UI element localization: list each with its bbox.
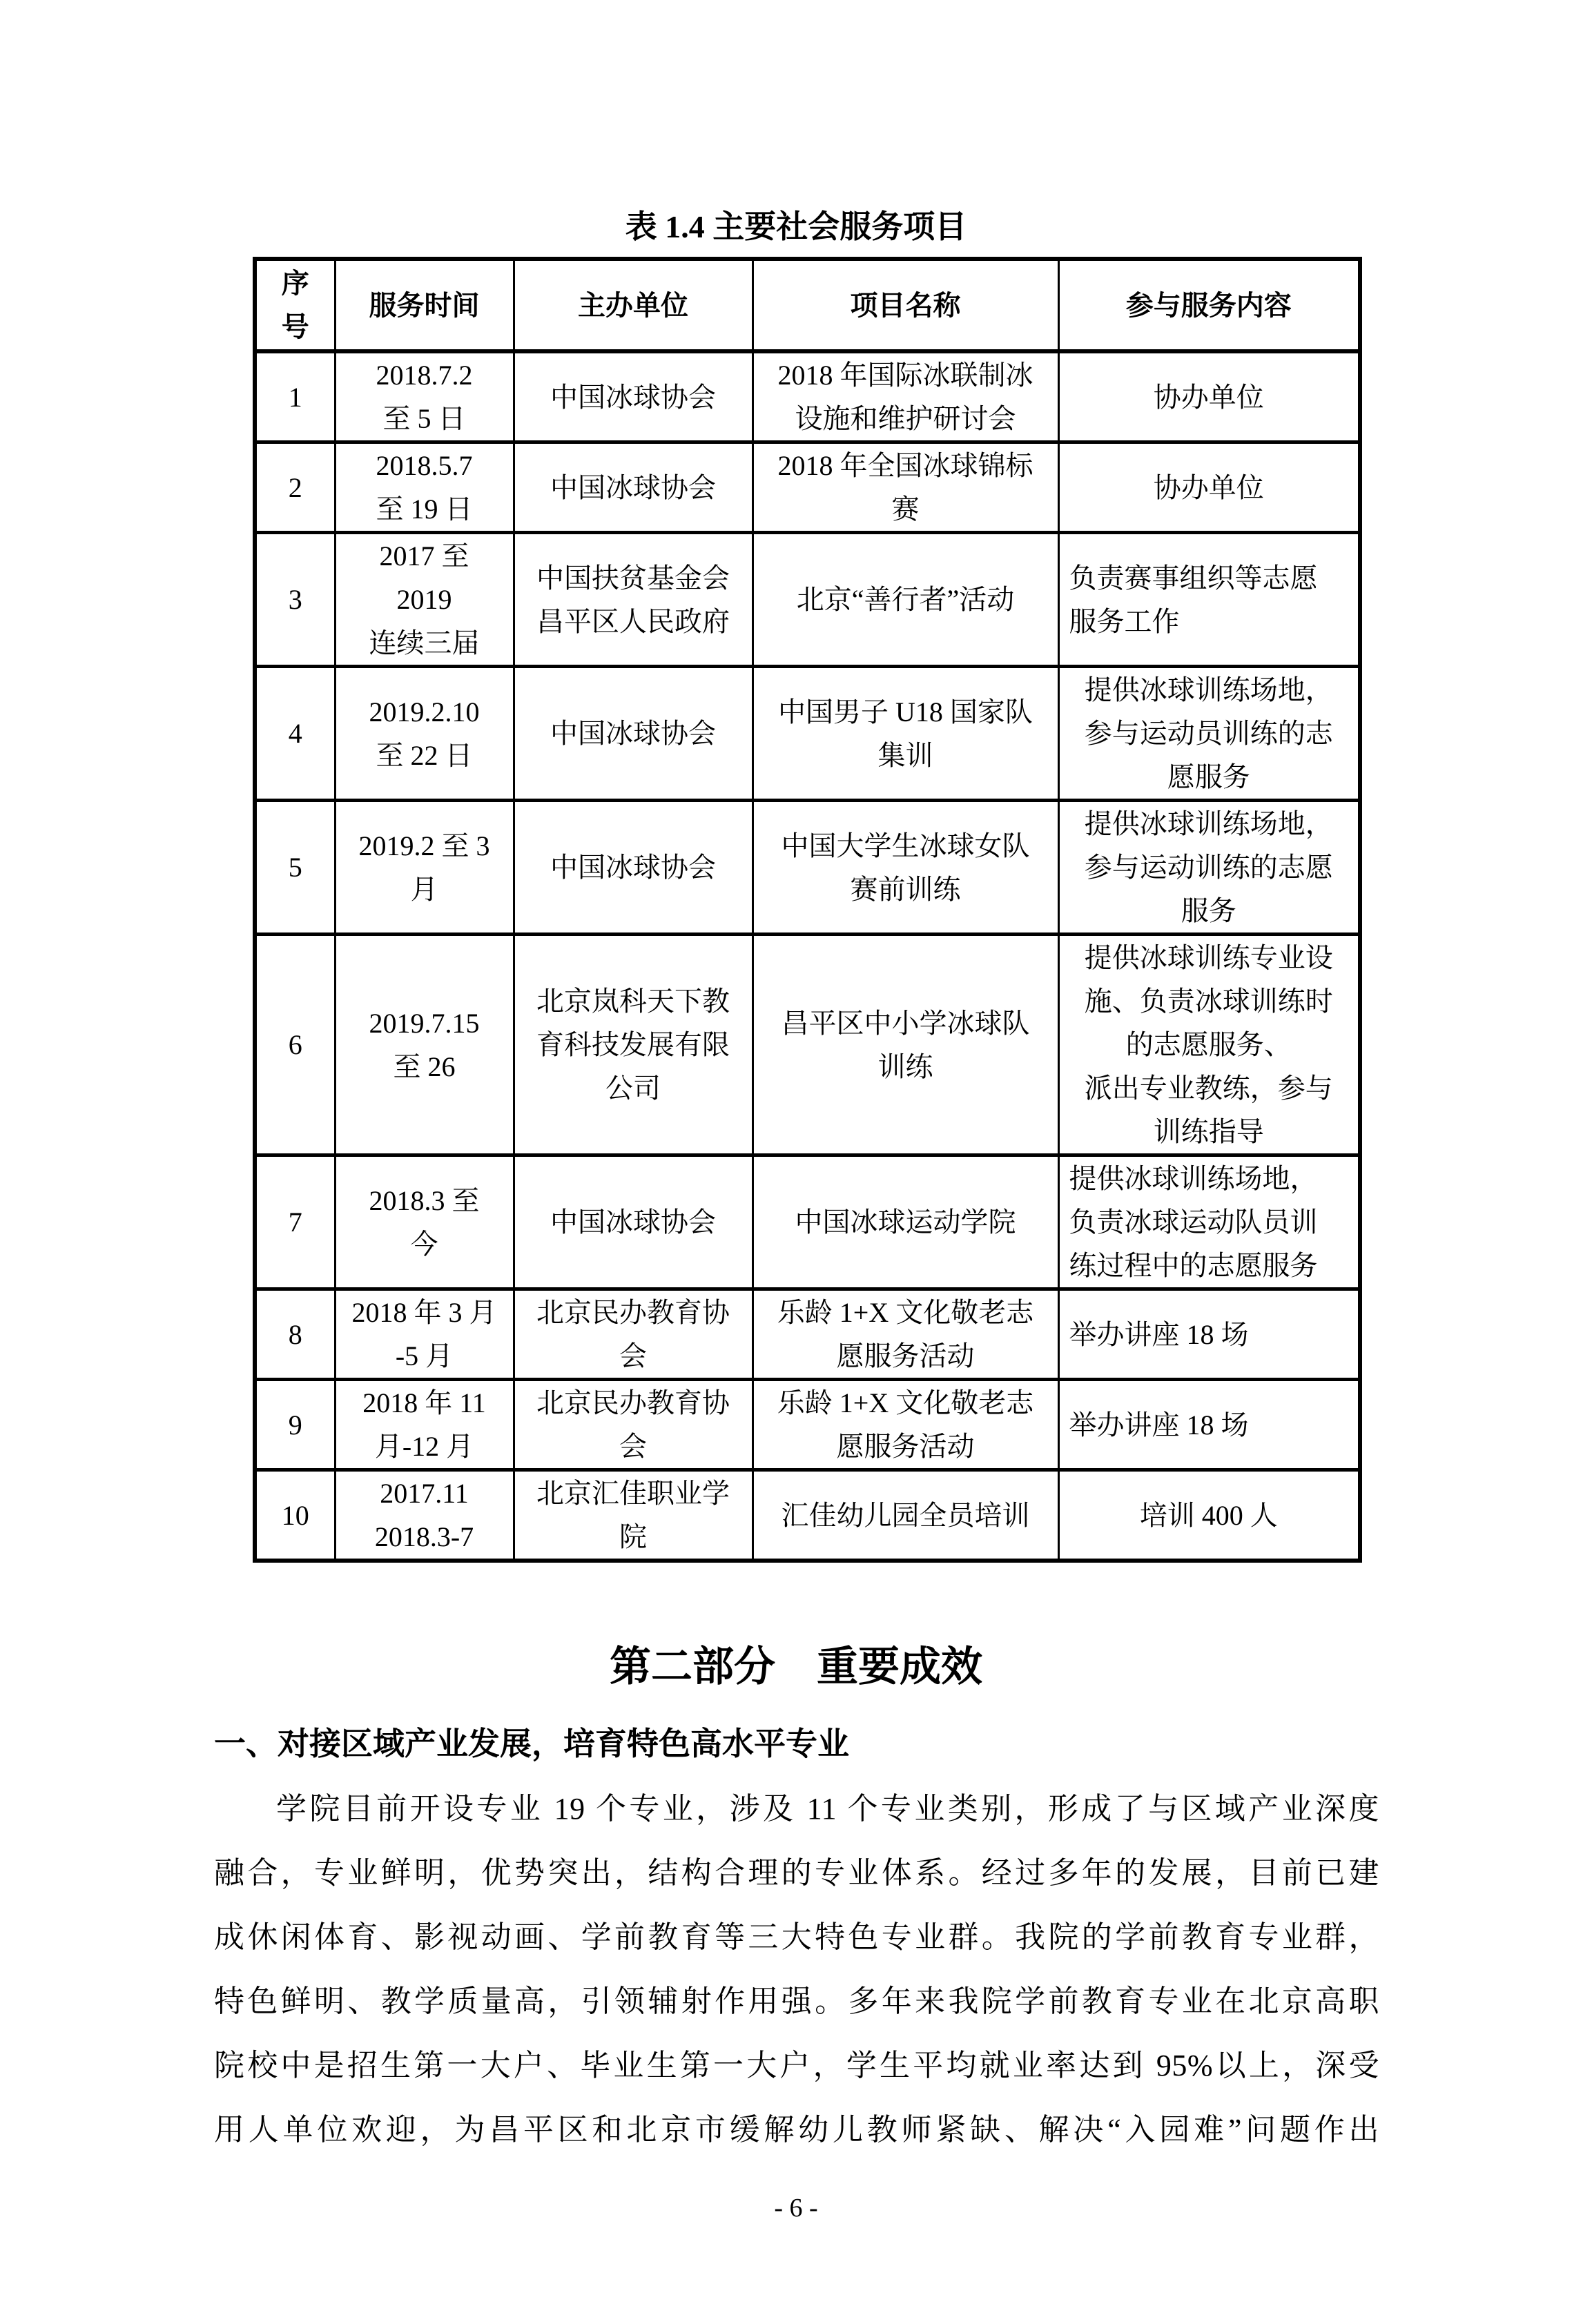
table-row: 42019.2.10 至 22 日中国冰球协会中国男子 U18 国家队 集训提供… (255, 667, 1360, 801)
cell-no: 3 (255, 533, 335, 667)
cell-content: 提供冰球训练专业设 施、负责冰球训练时 的志愿服务、 派出专业教练，参与 训练指… (1058, 935, 1360, 1155)
cell-project: 乐龄 1+X 文化敬老志 愿服务活动 (753, 1380, 1058, 1470)
cell-project: 中国男子 U18 国家队 集训 (753, 667, 1058, 801)
cell-project: 中国冰球运动学院 (753, 1155, 1058, 1289)
cell-time: 2017.11 2018.3-7 (335, 1470, 514, 1561)
cell-project: 2018 年国际冰联制冰 设施和维护研讨会 (753, 351, 1058, 442)
cell-no: 1 (255, 351, 335, 442)
cell-project: 2018 年全国冰球锦标 赛 (753, 442, 1058, 533)
paragraph-line: 特色鲜明、教学质量高，引领辅射作用强。多年来我院学前教育专业在北京高职 (214, 1969, 1379, 2033)
cell-content: 培训 400 人 (1058, 1470, 1360, 1561)
cell-time: 2018 年 3 月 -5 月 (335, 1289, 514, 1380)
cell-project: 汇佳幼儿园全员培训 (753, 1470, 1058, 1561)
paragraph-line: 院校中是招生第一大户、毕业生第一大户，学生平均就业率达到 95%以上，深受 (214, 2033, 1379, 2098)
table-title: 表 1.4 主要社会服务项目 (0, 0, 1592, 247)
table-row: 102017.11 2018.3-7北京汇佳职业学 院汇佳幼儿园全员培训培训 4… (255, 1470, 1360, 1561)
cell-org: 中国冰球协会 (514, 442, 753, 533)
cell-time: 2019.2 至 3 月 (335, 801, 514, 935)
cell-org: 北京岚科天下教 育科技发展有限 公司 (514, 935, 753, 1155)
cell-time: 2019.7.15 至 26 (335, 935, 514, 1155)
cell-org: 中国冰球协会 (514, 801, 753, 935)
table-row: 12018.7.2 至 5 日中国冰球协会2018 年国际冰联制冰 设施和维护研… (255, 351, 1360, 442)
column-header: 主办单位 (514, 259, 753, 351)
cell-content: 提供冰球训练场地， 参与运动员训练的志 愿服务 (1058, 667, 1360, 801)
cell-org: 北京民办教育协 会 (514, 1289, 753, 1380)
cell-no: 6 (255, 935, 335, 1155)
section-title: 第二部分 重要成效 (0, 1639, 1592, 1695)
column-header: 服务时间 (335, 259, 514, 351)
cell-content: 举办讲座 18 场 (1058, 1289, 1360, 1380)
document-page: 表 1.4 主要社会服务项目 序 号服务时间主办单位项目名称参与服务内容 120… (0, 0, 1592, 2324)
cell-no: 4 (255, 667, 335, 801)
column-header: 序 号 (255, 259, 335, 351)
cell-no: 2 (255, 442, 335, 533)
cell-time: 2017 至 2019 连续三届 (335, 533, 514, 667)
cell-time: 2018.5.7 至 19 日 (335, 442, 514, 533)
page-number: - 6 - (0, 2191, 1592, 2225)
paragraph-line: 融合，专业鲜明，优势突出，结构合理的专业体系。经过多年的发展，目前已建 (214, 1841, 1379, 1905)
cell-content: 提供冰球训练场地， 负责冰球运动队员训 练过程中的志愿服务 (1058, 1155, 1360, 1289)
cell-time: 2018 年 11 月-12 月 (335, 1380, 514, 1470)
cell-no: 8 (255, 1289, 335, 1380)
cell-project: 北京“善行者”活动 (753, 533, 1058, 667)
table-header-row: 序 号服务时间主办单位项目名称参与服务内容 (255, 259, 1360, 351)
cell-time: 2018.7.2 至 5 日 (335, 351, 514, 442)
cell-project: 中国大学生冰球女队 赛前训练 (753, 801, 1058, 935)
cell-no: 9 (255, 1380, 335, 1470)
service-table: 序 号服务时间主办单位项目名称参与服务内容 12018.7.2 至 5 日中国冰… (253, 257, 1362, 1563)
cell-org: 北京汇佳职业学 院 (514, 1470, 753, 1561)
paragraph-line: 成休闲体育、影视动画、学前教育等三大特色专业群。我院的学前教育专业群， (214, 1905, 1379, 1969)
table-row: 52019.2 至 3 月中国冰球协会中国大学生冰球女队 赛前训练提供冰球训练场… (255, 801, 1360, 935)
cell-org: 中国冰球协会 (514, 1155, 753, 1289)
cell-content: 举办讲座 18 场 (1058, 1380, 1360, 1470)
table-row: 22018.5.7 至 19 日中国冰球协会2018 年全国冰球锦标 赛协办单位 (255, 442, 1360, 533)
paragraph-line: 学院目前开设专业 19 个专业，涉及 11 个专业类别，形成了与区域产业深度 (214, 1777, 1379, 1841)
cell-project: 乐龄 1+X 文化敬老志 愿服务活动 (753, 1289, 1058, 1380)
column-header: 项目名称 (753, 259, 1058, 351)
service-table-body: 12018.7.2 至 5 日中国冰球协会2018 年国际冰联制冰 设施和维护研… (255, 351, 1360, 1561)
cell-content: 协办单位 (1058, 442, 1360, 533)
cell-content: 提供冰球训练场地， 参与运动训练的志愿 服务 (1058, 801, 1360, 935)
cell-content: 负责赛事组织等志愿 服务工作 (1058, 533, 1360, 667)
cell-no: 7 (255, 1155, 335, 1289)
cell-org: 中国冰球协会 (514, 667, 753, 801)
section-subheading: 一、对接区域产业发展，培育特色高水平专业 (214, 1723, 1379, 1766)
table-row: 32017 至 2019 连续三届中国扶贫基金会 昌平区人民政府北京“善行者”活… (255, 533, 1360, 667)
cell-time: 2019.2.10 至 22 日 (335, 667, 514, 801)
table-row: 82018 年 3 月 -5 月北京民办教育协 会乐龄 1+X 文化敬老志 愿服… (255, 1289, 1360, 1380)
cell-org: 中国扶贫基金会 昌平区人民政府 (514, 533, 753, 667)
table-row: 72018.3 至 今中国冰球协会中国冰球运动学院提供冰球训练场地， 负责冰球运… (255, 1155, 1360, 1289)
column-header: 参与服务内容 (1058, 259, 1360, 351)
cell-project: 昌平区中小学冰球队 训练 (753, 935, 1058, 1155)
cell-no: 10 (255, 1470, 335, 1561)
body-paragraph: 学院目前开设专业 19 个专业，涉及 11 个专业类别，形成了与区域产业深度融合… (214, 1777, 1379, 2162)
table-row: 92018 年 11 月-12 月北京民办教育协 会乐龄 1+X 文化敬老志 愿… (255, 1380, 1360, 1470)
cell-no: 5 (255, 801, 335, 935)
table-row: 62019.7.15 至 26北京岚科天下教 育科技发展有限 公司昌平区中小学冰… (255, 935, 1360, 1155)
cell-org: 北京民办教育协 会 (514, 1380, 753, 1470)
paragraph-line: 用人单位欢迎，为昌平区和北京市缓解幼儿教师紧缺、解决“入园难”问题作出 (214, 2098, 1379, 2162)
cell-time: 2018.3 至 今 (335, 1155, 514, 1289)
cell-org: 中国冰球协会 (514, 351, 753, 442)
cell-content: 协办单位 (1058, 351, 1360, 442)
